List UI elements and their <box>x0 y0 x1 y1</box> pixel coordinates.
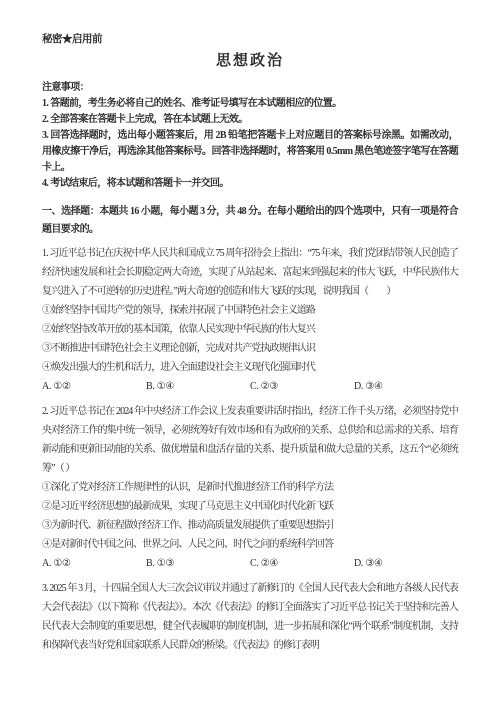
question-2-statement-2: ②是习近平经济思想的最新成果，实现了马克思主义中国化时代化新飞跃 <box>42 497 458 516</box>
notice-item-4: 4. 考试结束后，将本试题和答题卡一并交回。 <box>42 176 458 192</box>
question-3-stem: 3. 2025 年 3 月，十四届全国人大三次会议审议并通过了新修订的《全国人民… <box>42 579 458 655</box>
question-2-option-a: A. ①② <box>42 554 146 573</box>
notice-heading: 注意事项： <box>42 80 458 96</box>
question-1-option-c: C. ②③ <box>250 377 354 396</box>
question-2-stem: 2. 习近平总书记在 2024 年中央经济工作会议上发表重要讲话时指出，经济工作… <box>42 402 458 478</box>
notice-item-2: 2. 全部答案在答题卡上完成，答在本试题上无效。 <box>42 112 458 128</box>
question-1-option-d: D. ③④ <box>354 377 458 396</box>
question-2-option-d: D. ③④ <box>354 554 458 573</box>
question-2-statement-1: ①深化了党对经济工作规律性的认识，是新时代推进经济工作的科学方法 <box>42 478 458 497</box>
question-2-option-b: B. ①③ <box>146 554 250 573</box>
question-2-options-row: A. ①② B. ①③ C. ②④ D. ③④ <box>42 554 458 573</box>
section-header-multiple-choice: 一、选择题：本题共 16 小题，每小题 3 分，共 48 分。在每小题给出的四个… <box>42 203 458 238</box>
question-2-statement-3: ③为新时代、新征程做好经济工作、推动高质量发展提供了重要思想指引 <box>42 516 458 535</box>
question-2-statement-4: ④是对新时代中国之问、世界之问、人民之问、时代之问的系统科学回答 <box>42 535 458 554</box>
question-1-stem: 1. 习近平总书记在庆祝中华人民共和国成立 75 周年招待会上指出：“75 年来… <box>42 244 458 301</box>
question-1-statement-3: ③不断推进中国特色社会主义理论创新，完成对共产党执政规律认识 <box>42 339 458 358</box>
question-3: 3. 2025 年 3 月，十四届全国人大三次会议审议并通过了新修订的《全国人民… <box>42 579 458 655</box>
exam-paper-page: 秘密★启用前 思想政治 注意事项： 1. 答题前，考生务必将自己的姓名、准考证号… <box>0 0 500 707</box>
page-title: 思想政治 <box>42 51 458 72</box>
question-1-statement-4: ④焕发出强大的生机和活力，进入全面建设社会主义现代化强国时代 <box>42 358 458 377</box>
classification-label: 秘密★启用前 <box>42 33 458 47</box>
question-1: 1. 习近平总书记在庆祝中华人民共和国成立 75 周年招待会上指出：“75 年来… <box>42 244 458 396</box>
question-1-option-b: B. ①④ <box>146 377 250 396</box>
question-1-statement-2: ②始终坚持改革开放的基本国策，依靠人民实现中华民族的伟大复兴 <box>42 320 458 339</box>
question-2: 2. 习近平总书记在 2024 年中央经济工作会议上发表重要讲话时指出，经济工作… <box>42 402 458 573</box>
question-1-statement-1: ①始终坚持中国共产党的领导，探索并拓展了中国特色社会主义道路 <box>42 301 458 320</box>
notice-item-3: 3. 回答选择题时，选出每小题答案后，用 2B 铅笔把答题卡上对应题目的答案标号… <box>42 128 458 176</box>
question-1-options-row: A. ①② B. ①④ C. ②③ D. ③④ <box>42 377 458 396</box>
notice-section: 注意事项： 1. 答题前，考生务必将自己的姓名、准考证号填写在本试题相应的位置。… <box>42 80 458 192</box>
question-1-option-a: A. ①② <box>42 377 146 396</box>
notice-item-1: 1. 答题前，考生务必将自己的姓名、准考证号填写在本试题相应的位置。 <box>42 96 458 112</box>
question-2-option-c: C. ②④ <box>250 554 354 573</box>
